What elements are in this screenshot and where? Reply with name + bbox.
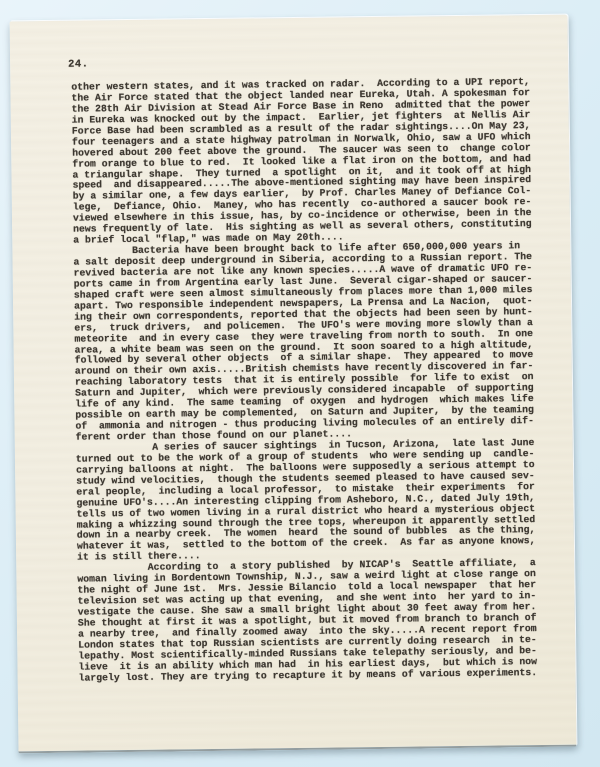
scan-background: 24. other western states, and it was tra… — [0, 0, 600, 767]
document-page: 24. other western states, and it was tra… — [10, 15, 577, 754]
page-body-text: other western states, and it was tracked… — [71, 77, 537, 684]
page-number: 24. — [68, 58, 89, 70]
